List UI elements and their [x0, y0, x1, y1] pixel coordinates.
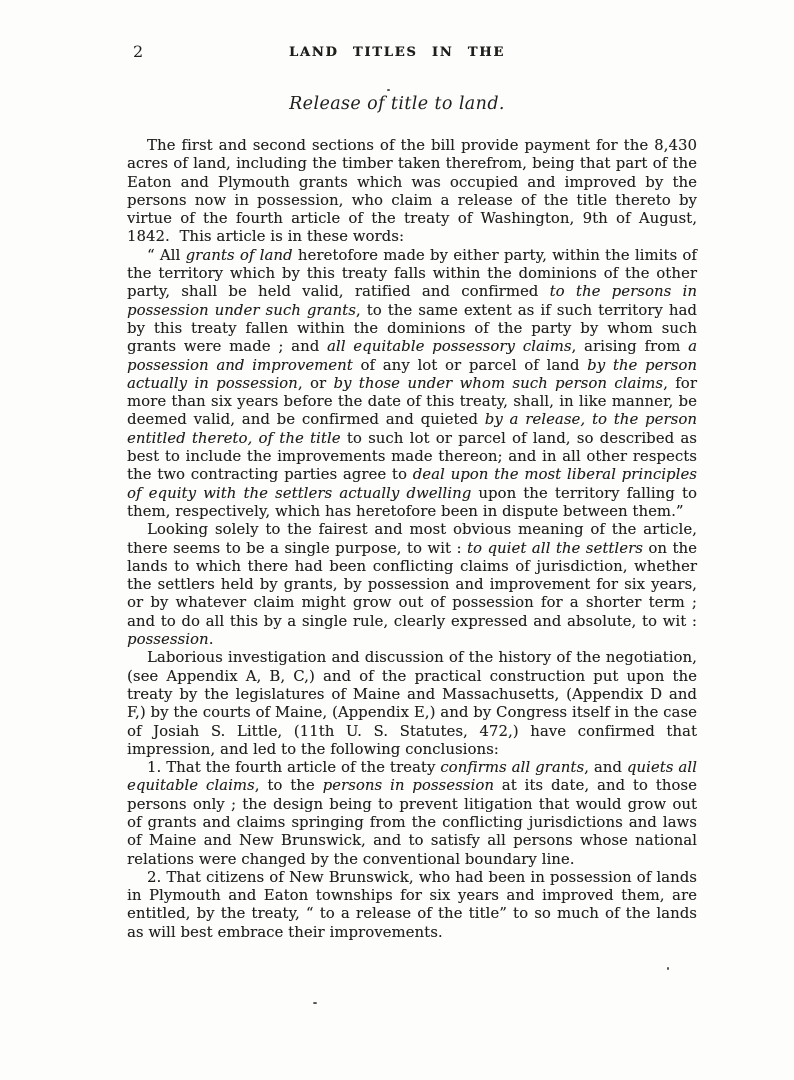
text-run: , and — [584, 759, 627, 776]
italic-run: persons in possession — [323, 777, 494, 794]
scan-speck — [667, 967, 669, 970]
italic-run: confirms all grants — [440, 759, 584, 776]
paragraph: Laborious investigation and discussion o… — [127, 649, 697, 759]
paragraph: 2. That citizens of New Brunswick, who h… — [127, 869, 697, 942]
document-page: 2 LAND TITLES IN THE Release of title to… — [0, 0, 794, 1080]
text-run: The first and second sections of the bil… — [127, 137, 697, 245]
text-run: , to the — [255, 777, 323, 794]
paragraph: 1. That the fourth article of the treaty… — [127, 759, 697, 869]
text-run: 2. That citizens of New Brunswick, who h… — [127, 869, 697, 941]
text-run: , arising from — [572, 338, 689, 355]
scan-speck — [313, 1002, 317, 1004]
paragraph: Looking solely to the fairest and most o… — [127, 521, 697, 649]
text-run: Laborious investigation and discussion o… — [127, 649, 697, 757]
text-run: of any lot or parcel of land — [353, 357, 587, 374]
italic-run: grants of land — [186, 247, 293, 264]
text-run: . — [209, 631, 214, 648]
running-header: LAND TITLES IN THE — [0, 45, 794, 60]
paragraph: The first and second sections of the bil… — [127, 137, 697, 247]
italic-run: all equitable possessory claims — [327, 338, 572, 355]
scan-speck — [387, 89, 390, 91]
paragraph: “ All grants of land heretofore made by … — [127, 247, 697, 521]
italic-run: possession — [127, 631, 209, 648]
italic-run: by those under whom such person claims — [333, 375, 663, 392]
italic-run: to quiet all the settlers — [467, 540, 643, 557]
text-run: “ All — [147, 247, 186, 264]
text-run: 1. That the fourth article of the treaty — [147, 759, 440, 776]
document-body: The first and second sections of the bil… — [127, 137, 697, 942]
text-run: , or — [298, 375, 334, 392]
section-title: Release of title to land. — [0, 94, 794, 114]
